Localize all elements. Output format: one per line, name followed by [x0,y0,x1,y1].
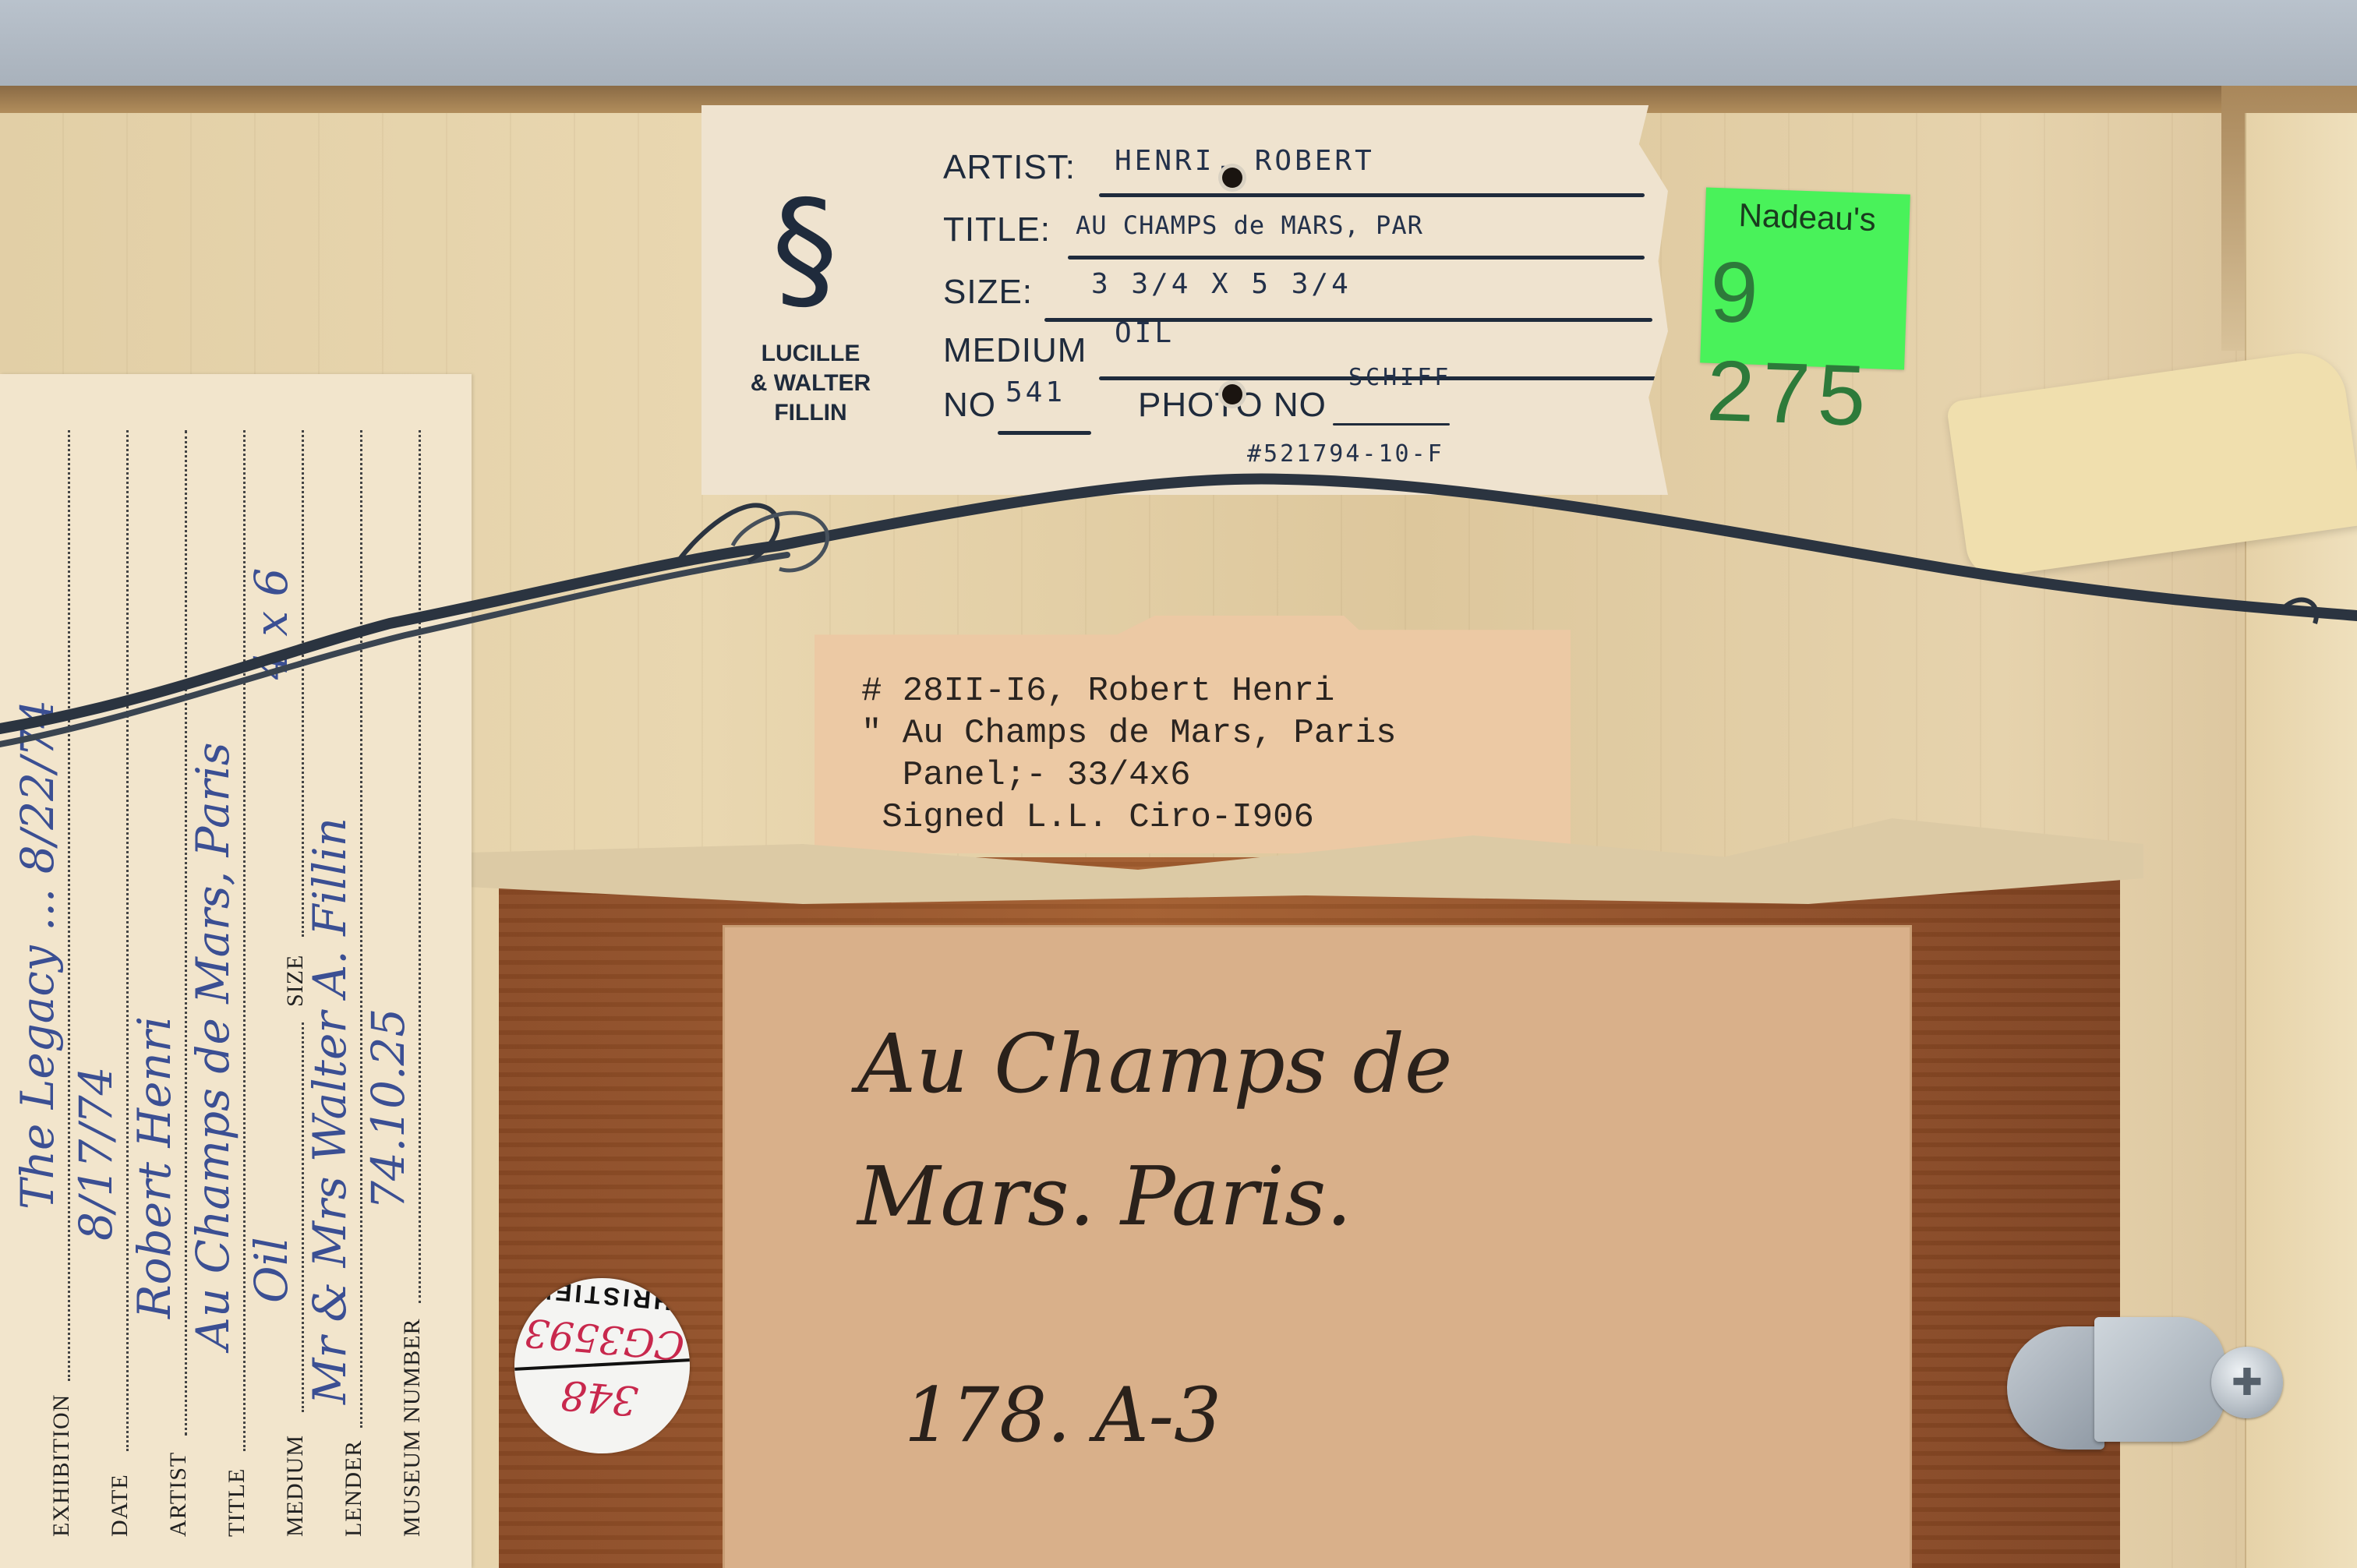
field-value: HENRI, ROBERT [1115,145,1375,177]
card-row-title: TITLE Au Champs de Mars, Paris [191,407,253,1537]
card-row-artist: ARTIST Robert Henri [133,407,195,1537]
christies-lot-number: 348 [510,1366,688,1428]
field-key: SIZE: [943,273,1033,311]
handwritten-title: Au Champs de Mars. Paris. [857,998,1452,1263]
bracket-ring [2007,1326,2104,1450]
nail-hole [1222,384,1242,404]
field-value: 3 3/4 X 5 3/4 [1091,268,1352,300]
fillin-size-row: SIZE: 3 3/4 X 5 3/4 [943,273,1645,327]
nadeaus-auction-sticker: Nadeau's 9 275 [1700,187,1910,369]
card-row-lender: LENDER Mr & Mrs Walter A. Fillin [308,407,370,1537]
card-row-museum-number: MUSEUM NUMBER 74.10.25 [366,407,429,1537]
lot-number: 9 275 [1705,242,1907,447]
fillin-artist-row: ARTIST: HENRI, ROBERT [943,148,1645,203]
card-row-exhibition: EXHIBITION The Legacy ... 8/22/74 [16,407,78,1537]
typed-inventory-label: # 28II-I6, Robert Henri " Au Champs de M… [815,616,1571,853]
fillin-collection-label: § LUCILLE & WALTER FILLIN ARTIST: HENRI,… [701,105,1668,495]
field-key: NO [943,386,996,424]
field-value: SCHIFF [1348,364,1451,391]
field-value: 541 [1005,376,1065,408]
christies-sale-code: CG3593 [515,1308,694,1368]
field-value: AU CHAMPS de MARS, PAR [1076,210,1423,240]
d-ring-bracket-icon: ✚ [2007,1317,2225,1450]
field-value: OIL [1115,317,1175,349]
fillin-title-row: TITLE: AU CHAMPS de MARS, PAR [943,210,1645,265]
bracket-plate: ✚ [2094,1317,2225,1442]
nail-hole [1222,168,1242,188]
phillips-screw-icon: ✚ [2211,1347,2283,1418]
background-wall [0,0,2357,94]
fillin-brand: LUCILLE & WALTER FILLIN [733,339,889,428]
typed-label-text: # 28II-I6, Robert Henri " Au Champs de M… [861,670,1397,839]
handwritten-number: 178. A-3 [904,1372,1221,1459]
handwritten-title-label: Au Champs de Mars. Paris. 178. A-3 [725,927,1910,1568]
fillin-number-row: NO 541 PHOTO NO SCHIFF [943,386,1645,440]
card-row-date: DATE 8/17/74 [74,407,136,1537]
exhibition-loan-card: EXHIBITION The Legacy ... 8/22/74 DATE 8… [0,374,472,1568]
seahorse-icon: § [772,160,826,339]
auction-house-name: Nadeau's [1705,195,1910,239]
field-key: ARTIST: [943,148,1076,186]
card-row-medium-size: MEDIUM Oil SIZE 4 x 6 [249,407,312,1537]
field-key: TITLE: [943,210,1051,249]
field-key: MEDIUM [943,331,1087,369]
fillin-extra-note: #521794-10-F [1247,440,1444,468]
